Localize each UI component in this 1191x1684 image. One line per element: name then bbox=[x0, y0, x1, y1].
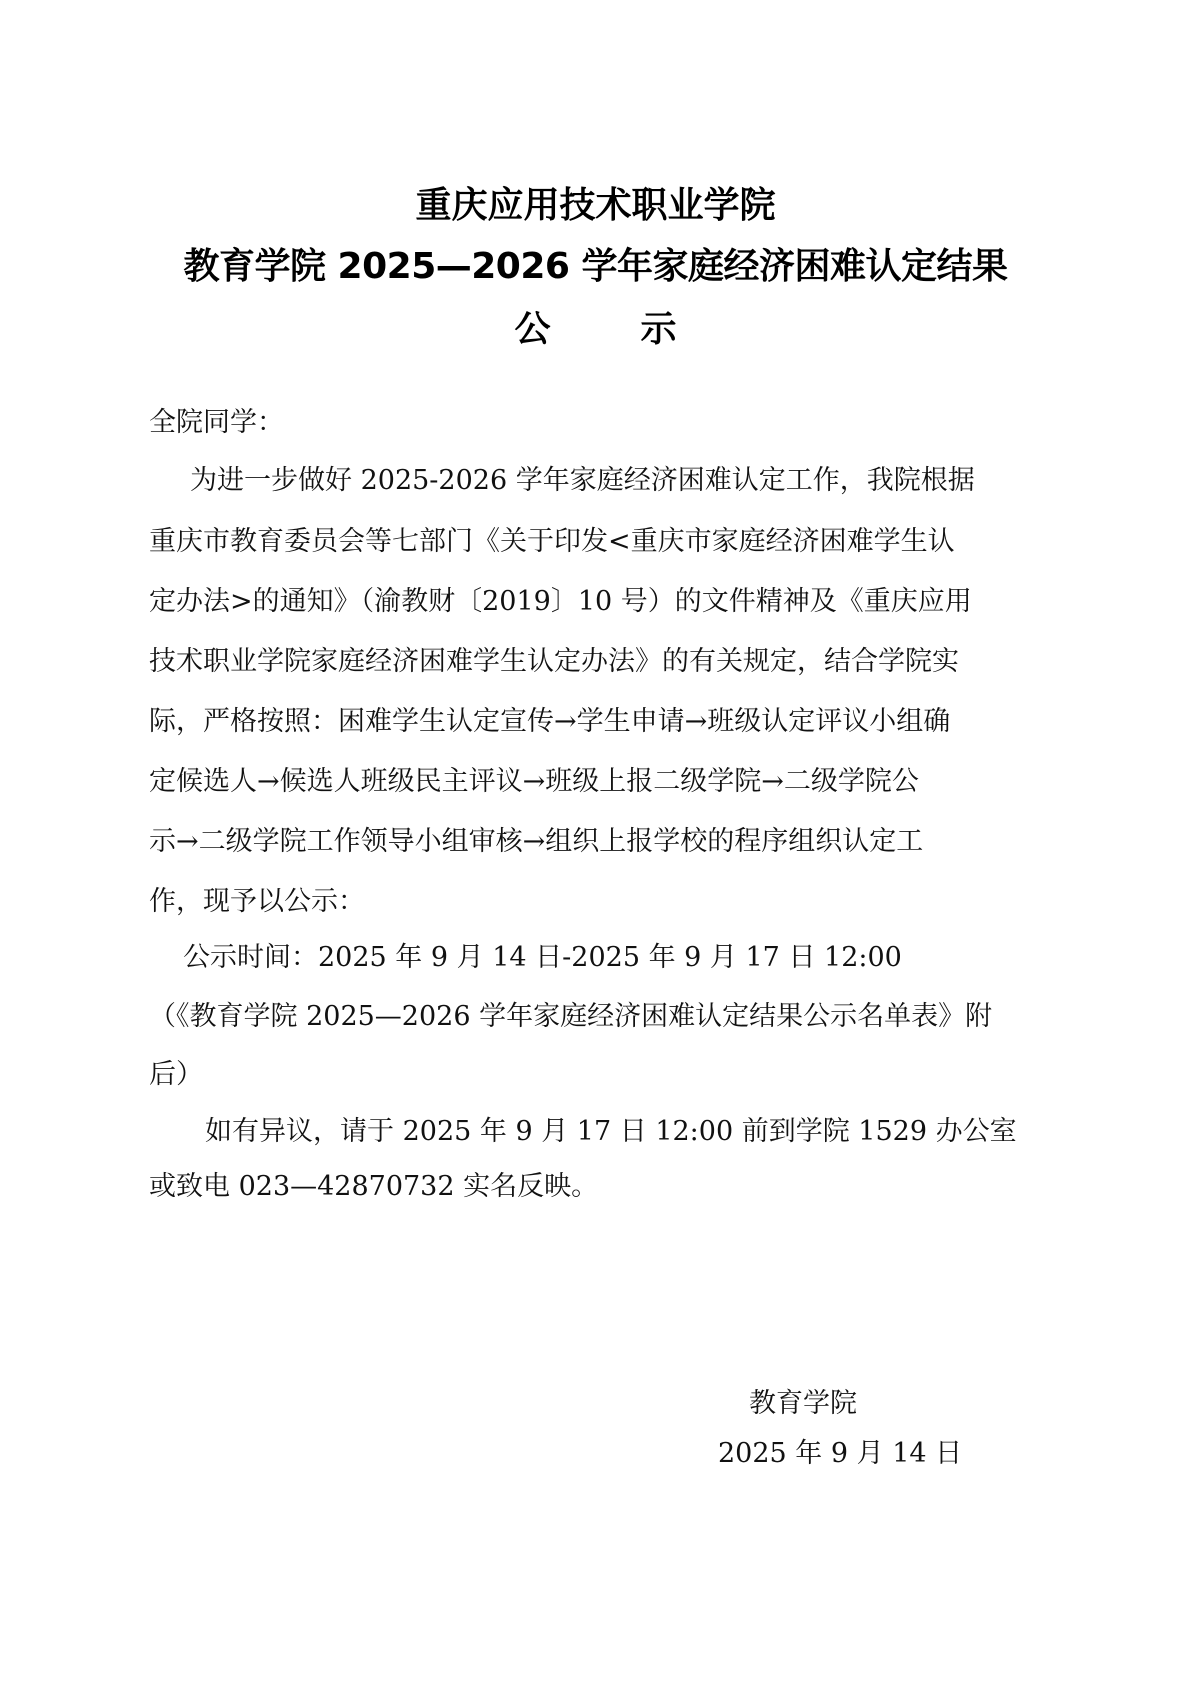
paragraph1-line-3: 定办法>的通知》（渝教财〔2019〕10 号）的文件精神及《重庆应用 bbox=[149, 582, 1049, 622]
paragraph1-line-7: 示→二级学院工作领导小组审核→组织上报学校的程序组织认定工 bbox=[149, 822, 1049, 862]
paragraph1-line-6: 定候选人→候选人班级民主评议→班级上报二级学院→二级学院公 bbox=[149, 762, 1049, 802]
objection-line-1: 如有异议，请于 2025 年 9 月 17 日 12:00 前到学院 1529 … bbox=[205, 1112, 1105, 1152]
paragraph1-line-2: 重庆市教育委员会等七部门《关于印发<重庆市家庭经济困难学生认 bbox=[149, 522, 1049, 562]
title-notice: 公示 bbox=[0, 308, 1191, 352]
title-notice-char1: 公 bbox=[506, 308, 560, 352]
paragraph1-line-1: 为进一步做好 2025-2026 学年家庭经济困难认定工作，我院根据 bbox=[190, 461, 1090, 501]
paragraph1-line-4: 技术职业学院家庭经济困难学生认定办法》的有关规定，结合学院实 bbox=[149, 642, 1049, 682]
attachment-line-1: （《教育学院 2025—2026 学年家庭经济困难认定结果公示名单表》附 bbox=[149, 997, 1049, 1037]
salutation: 全院同学： bbox=[149, 403, 1049, 443]
signature-date: 2025 年 9 月 14 日 bbox=[718, 1434, 962, 1474]
attachment-line-2: 后） bbox=[149, 1055, 1049, 1095]
notice-period: 公示时间：2025 年 9 月 14 日-2025 年 9 月 17 日 12:… bbox=[183, 938, 1083, 978]
title-institution: 重庆应用技术职业学院 bbox=[0, 184, 1191, 228]
objection-line-2: 或致电 023—42870732 实名反映。 bbox=[149, 1167, 1049, 1207]
signature-department: 教育学院 bbox=[749, 1384, 857, 1424]
paragraph1-line-5: 际，严格按照：困难学生认定宣传→学生申请→班级认定评议小组确 bbox=[149, 702, 1049, 742]
title-notice-char2: 示 bbox=[632, 308, 686, 352]
paragraph1-line-8: 作，现予以公示： bbox=[149, 882, 1049, 922]
title-subject: 教育学院 2025—2026 学年家庭经济困难认定结果 bbox=[0, 245, 1191, 289]
